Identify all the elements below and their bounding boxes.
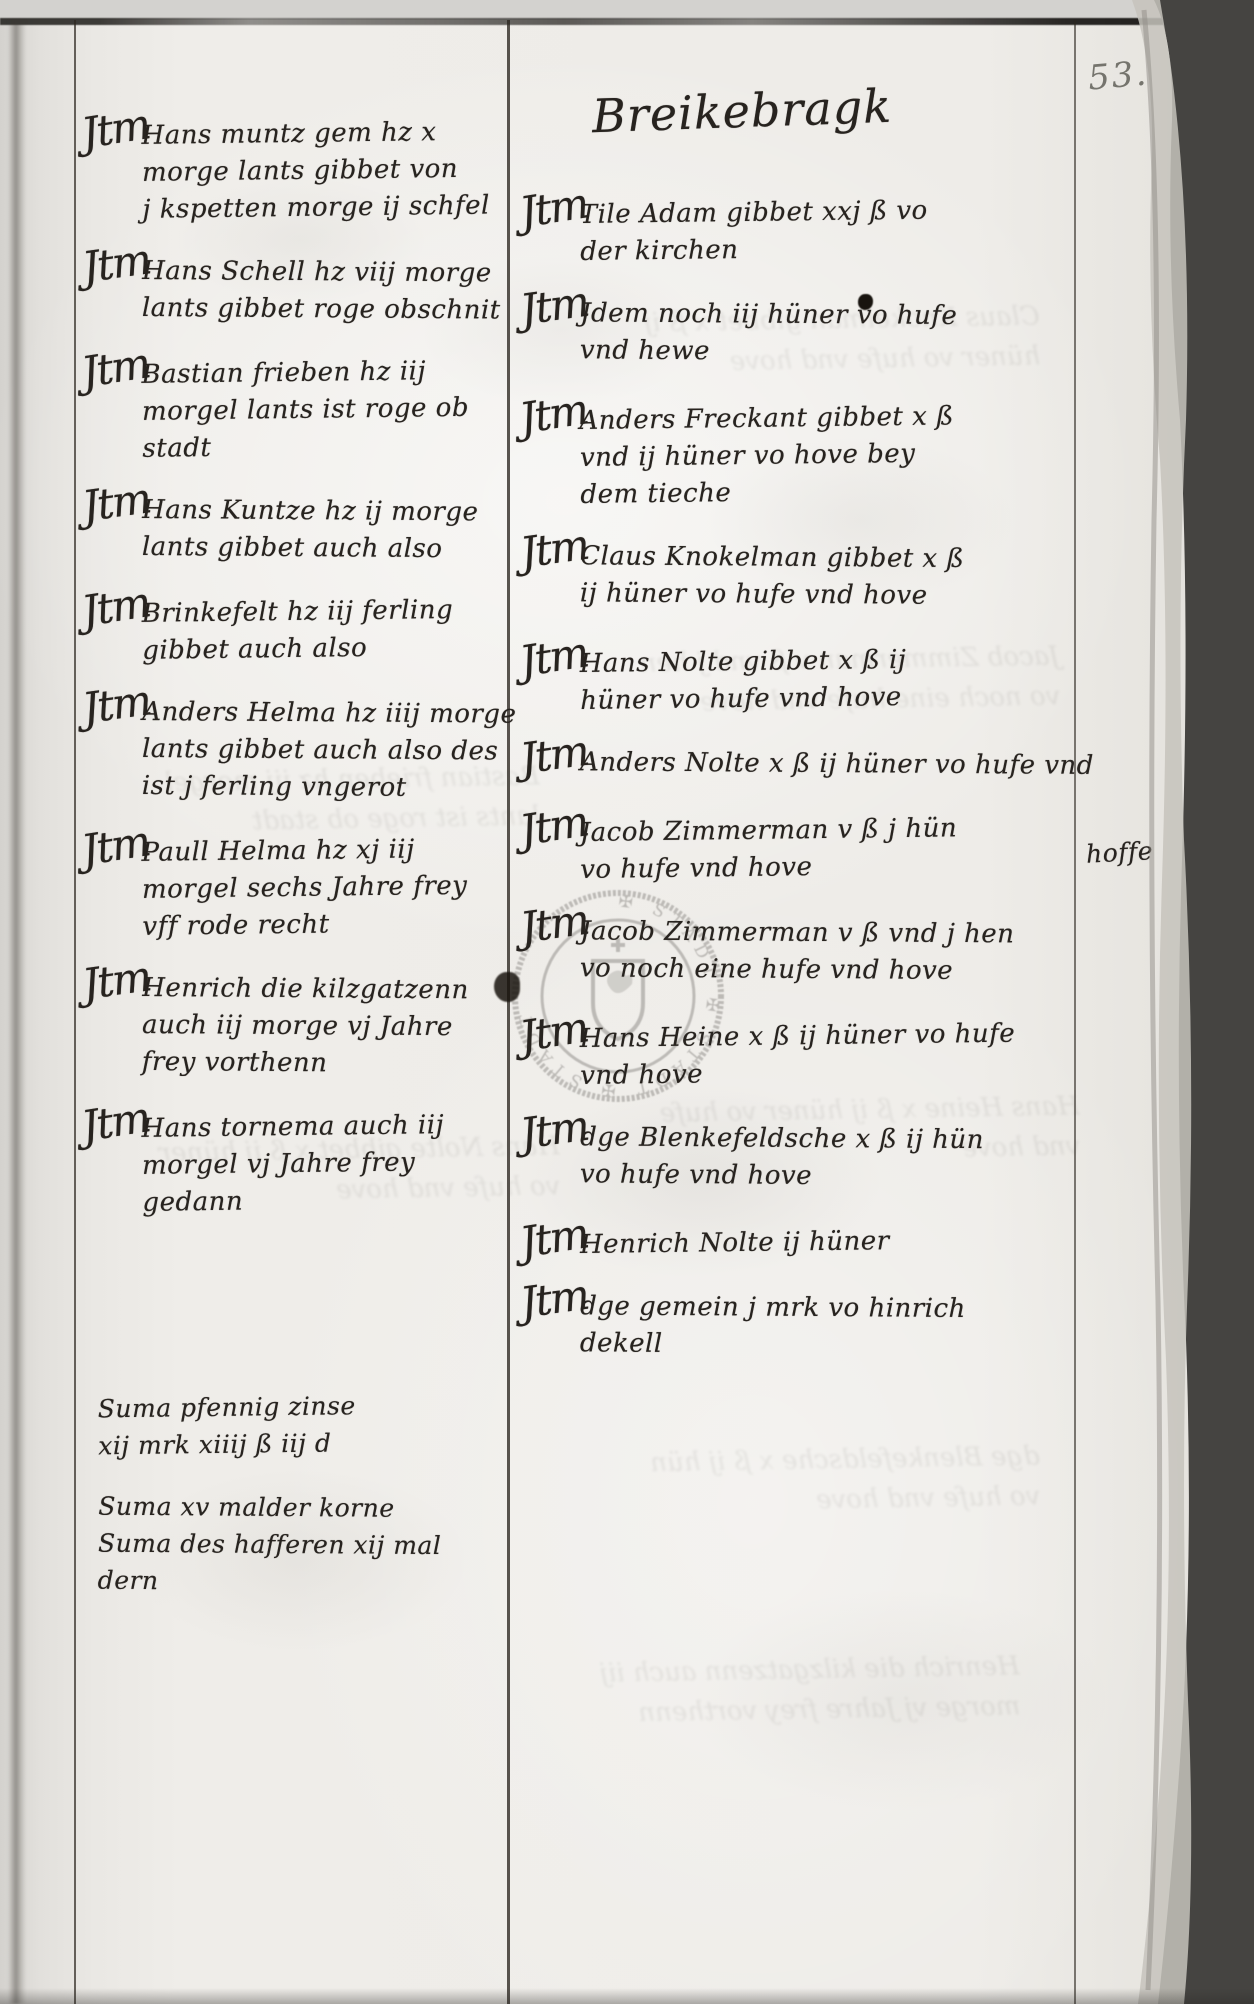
handwritten-line: Henrich die kilzgatzenn: [142, 970, 498, 1009]
register-entry: JtmTile Adam gibbet xxj ß voder kirchen: [522, 190, 1123, 271]
register-entry: JtmHans Schell hz viij morgelants gibbet…: [84, 253, 499, 330]
handwritten-line: Hans muntz gem hz x: [141, 113, 497, 154]
handwritten-line: vo hufe vnd hove: [580, 1156, 1122, 1197]
item-marker: Jtm: [79, 105, 151, 152]
handwritten-line: frey vorthenn: [142, 1044, 498, 1083]
item-marker: Jtm: [518, 1276, 590, 1322]
register-entry: JtmBrinkefelt hz iij ferlinggibbet auch …: [84, 591, 499, 670]
register-entry: JtmJacob Zimmerman v ß j hünvo hufe vnd …: [522, 808, 1123, 889]
handwritten-line: lants gibbet auch also des: [142, 731, 498, 770]
handwritten-line: Anders Helma hz iiij morge: [142, 694, 498, 733]
handwritten-line: Claus Knokelman gibbet x ß: [580, 538, 1122, 579]
register-entry: JtmJacob Zimmerman v ß vnd j henvo noch …: [522, 913, 1123, 991]
sum-note: Suma xv malder korneSuma des hafferen xi…: [84, 1488, 499, 1602]
handwritten-line: Suma xv malder korne: [98, 1488, 498, 1528]
item-marker: Jtm: [80, 240, 152, 286]
handwritten-line: morgel lants ist roge ob: [142, 389, 498, 430]
register-entry: Jtmdge Blenkefeldsche x ß ij hünvo hufe …: [522, 1119, 1123, 1197]
register-entry: JtmHans Nolte gibbet x ß ijhüner vo hufe…: [522, 639, 1123, 720]
ruled-line-left-margin: [74, 20, 76, 2004]
item-marker: Jtm: [517, 184, 589, 231]
handwritten-line: dern: [98, 1562, 498, 1602]
handwritten-line: Bastian frieben hz iij: [141, 352, 497, 393]
handwritten-line: hüner vo hufe vnd hove: [580, 676, 1122, 720]
handwritten-line: vnd hove: [580, 1051, 1122, 1095]
handwritten-line: Anders Nolte x ß ij hüner vo hufe vnd: [580, 744, 1122, 785]
item-marker: Jtm: [79, 344, 151, 391]
top-backdrop-sliver: [0, 0, 1254, 20]
handwritten-line: Jacob Zimmerman v ß vnd j hen: [580, 913, 1122, 954]
handwritten-line: Paull Helma hz xj iij: [141, 830, 497, 871]
register-entry: JtmAnders Nolte x ß ij hüner vo hufe vnd: [522, 744, 1122, 785]
handwritten-line: vff rode recht: [142, 904, 498, 945]
handwritten-line: Henrich Nolte ij hüner: [580, 1220, 1122, 1264]
handwritten-line: auch iij morge vj Jahre: [142, 1007, 498, 1046]
handwritten-line: lants gibbet roge obschnit: [142, 290, 498, 329]
handwritten-line: dge Blenkefeldsche x ß ij hün: [580, 1119, 1122, 1160]
item-marker: Jtm: [80, 957, 152, 1003]
register-entry: JtmBastian frieben hz iijmorgel lants is…: [83, 352, 498, 468]
handwritten-line: morge lants gibbet von: [142, 150, 498, 191]
register-entry: JtmHans muntz gem hz xmorge lants gibbet…: [83, 113, 498, 229]
item-marker: Jtm: [80, 479, 152, 525]
handwritten-line: Suma pfennig zinse: [98, 1385, 498, 1427]
right-column: JtmTile Adam gibbet xxj ß voder kirchenJ…: [522, 194, 1122, 1393]
register-entry: JtmAnders Helma hz iiij morgelants gibbe…: [84, 694, 499, 808]
handwritten-line: vo hufe vnd hove: [580, 845, 1122, 889]
item-marker: Jtm: [80, 681, 152, 727]
item-marker: Jtm: [79, 1098, 151, 1145]
handwritten-line: dge gemein j mrk vo hinrich: [580, 1288, 1122, 1329]
register-entry: JtmHans tornema auch iijmorgel vj Jahre …: [83, 1106, 498, 1222]
handwritten-line: gibbet auch also: [142, 628, 498, 669]
item-marker: Jtm: [518, 526, 590, 572]
handwritten-line: Suma des hafferen xij mal: [98, 1525, 498, 1565]
item-marker: Jtm: [517, 802, 589, 849]
item-marker: Jtm: [518, 732, 590, 778]
register-entry: JtmJdem noch iij hüner vo hufevnd hewe: [522, 295, 1123, 373]
left-column: JtmHans muntz gem hz xmorge lants gibbet…: [84, 116, 498, 1627]
register-entry: JtmHenrich Nolte ij hüner: [522, 1220, 1122, 1264]
item-marker: Jtm: [518, 1107, 590, 1153]
handwritten-line: Hans Kuntze hz ij morge: [142, 492, 498, 531]
manuscript-scan: Claus Knokelman gibbet x ß ij hüner vo h…: [0, 0, 1254, 2004]
register-entry: JtmClaus Knokelman gibbet x ßij hüner vo…: [522, 538, 1123, 616]
item-marker: Jtm: [79, 822, 151, 869]
handwritten-line: xij mrk xiiij ß iij d: [98, 1422, 498, 1464]
item-marker: Jtm: [517, 633, 589, 680]
register-entry: JtmAnders Freckant gibbet x ßvnd ij hüne…: [521, 396, 1122, 514]
section-heading: Breikebragk: [591, 79, 893, 143]
handwritten-line: morgel sechs Jahre frey: [142, 867, 498, 908]
handwritten-line: der kirchen: [580, 227, 1122, 271]
handwritten-line: Hans Schell hz viij morge: [142, 253, 498, 292]
handwritten-line: ij hüner vo hufe vnd hove: [580, 575, 1122, 616]
handwritten-line: dem tieche: [580, 470, 1122, 514]
item-marker: Jtm: [518, 1214, 590, 1261]
handwritten-line: j kspetten morge ij schfel: [142, 187, 498, 228]
handwritten-line: gedann: [142, 1180, 498, 1221]
binding-crease: [8, 20, 26, 2004]
bottom-shadow: [0, 1988, 1254, 2004]
item-marker: Jtm: [518, 283, 590, 329]
handwritten-line: vo noch eine hufe vnd hove: [580, 950, 1122, 991]
register-entry: JtmPaull Helma hz xj iijmorgel sechs Jah…: [83, 830, 498, 946]
handwritten-line: dekell: [580, 1325, 1122, 1366]
register-entry: Jtmdge gemein j mrk vo hinrichdekell: [522, 1288, 1123, 1366]
handwritten-line: Jdem noch iij hüner vo hufe: [580, 295, 1122, 336]
top-torn-edge: [0, 18, 1254, 25]
handwritten-line: Hans tornema auch iij: [141, 1106, 497, 1147]
item-marker: Jtm: [517, 1008, 589, 1055]
register-entry: JtmHenrich die kilzgatzennauch iij morge…: [84, 970, 499, 1084]
handwritten-line: Brinkefelt hz iij ferling: [142, 591, 498, 632]
handwritten-line: stadt: [142, 426, 498, 467]
sum-note: Suma pfennig zinsexij mrk xiiij ß iij d: [84, 1385, 499, 1464]
handwritten-line: morgel vj Jahre frey: [142, 1143, 498, 1184]
item-marker: Jtm: [518, 901, 590, 947]
right-page-edge: [1114, 0, 1254, 2004]
ink-blot: [494, 972, 520, 1002]
item-marker: Jtm: [79, 583, 151, 630]
handwritten-line: ist j ferling vngerot: [142, 768, 498, 807]
sum-notes: Suma pfennig zinsexij mrk xiiij ß iij dS…: [84, 1388, 498, 1600]
handwritten-line: vnd hewe: [580, 332, 1122, 373]
register-entry: JtmHans Heine x ß ij hüner vo hufevnd ho…: [522, 1014, 1123, 1095]
handwritten-line: lants gibbet auch also: [142, 529, 498, 568]
register-entry: JtmHans Kuntze hz ij morgelants gibbet a…: [84, 492, 499, 569]
item-marker: Jtm: [517, 390, 589, 437]
